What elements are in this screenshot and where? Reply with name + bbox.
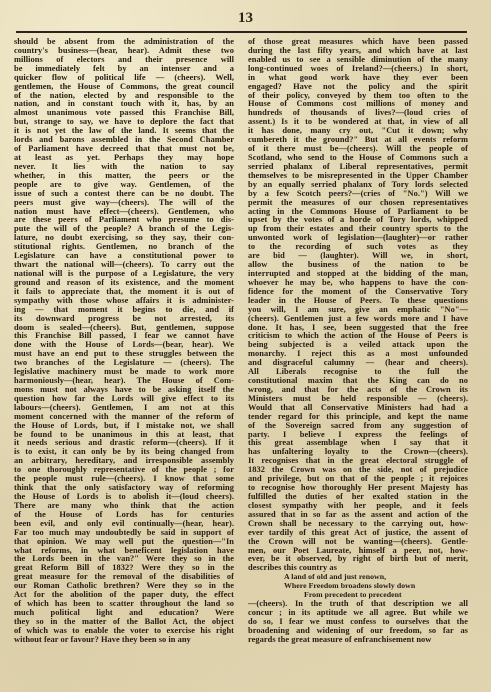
- text-line: regards the great measure of enfranchise…: [248, 636, 468, 645]
- header-rule: [16, 31, 467, 33]
- page-number: 13: [0, 10, 491, 27]
- left-column: should be absent from the administration…: [14, 38, 234, 645]
- right-column: of those great measures which have been …: [248, 38, 468, 645]
- text-line: without fear or favour? Have they been s…: [14, 636, 234, 645]
